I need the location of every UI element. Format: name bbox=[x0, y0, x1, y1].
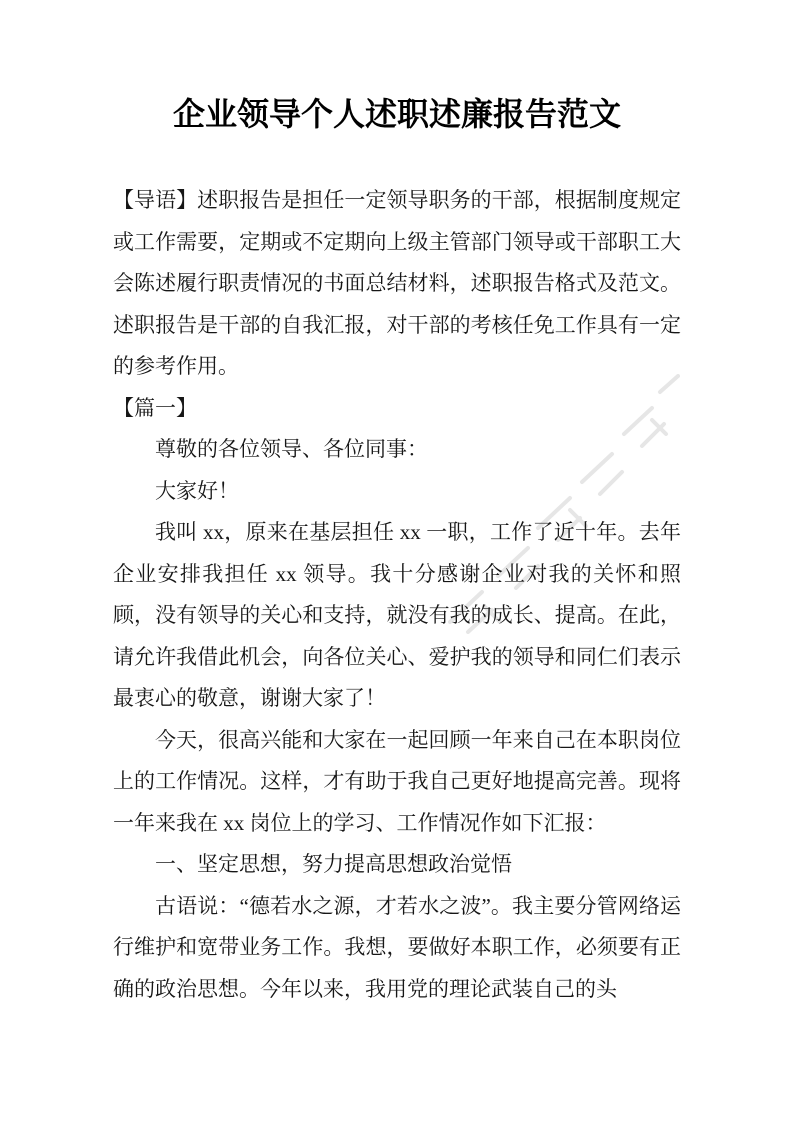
document-body: 【导语】述职报告是担任一定领导职务的干部，根据制度规定或工作需要，定期或不定期向… bbox=[113, 180, 681, 1010]
document-title: 企业领导个人述职述廉报告范文 bbox=[113, 88, 681, 140]
paragraph: 大家好！ bbox=[113, 471, 681, 513]
document-content: 企业领导个人述职述廉报告范文 【导语】述职报告是担任一定领导职务的干部，根据制度… bbox=[113, 88, 681, 1010]
paragraph: 古语说：“德若水之源，才若水之波”。我主要分管网络运行维护和宽带业务工作。我想，… bbox=[113, 886, 681, 1011]
paragraph: 我叫 xx，原来在基层担任 xx 一职，工作了近十年。去年企业安排我担任 xx … bbox=[113, 512, 681, 720]
paragraph: 今天，很高兴能和大家在一起回顾一年来自己在本职岗位上的工作情况。这样，才有助于我… bbox=[113, 720, 681, 845]
paragraph: 一、坚定思想，努力提高思想政治觉悟 bbox=[113, 844, 681, 886]
document-page: 企业领导个人述职述廉报告范文 【导语】述职报告是担任一定领导职务的干部，根据制度… bbox=[0, 0, 793, 1122]
paragraph: 【导语】述职报告是担任一定领导职务的干部，根据制度规定或工作需要，定期或不定期向… bbox=[113, 180, 681, 388]
paragraph: 【篇一】 bbox=[113, 388, 681, 430]
paragraph: 尊敬的各位领导、各位同事： bbox=[113, 429, 681, 471]
